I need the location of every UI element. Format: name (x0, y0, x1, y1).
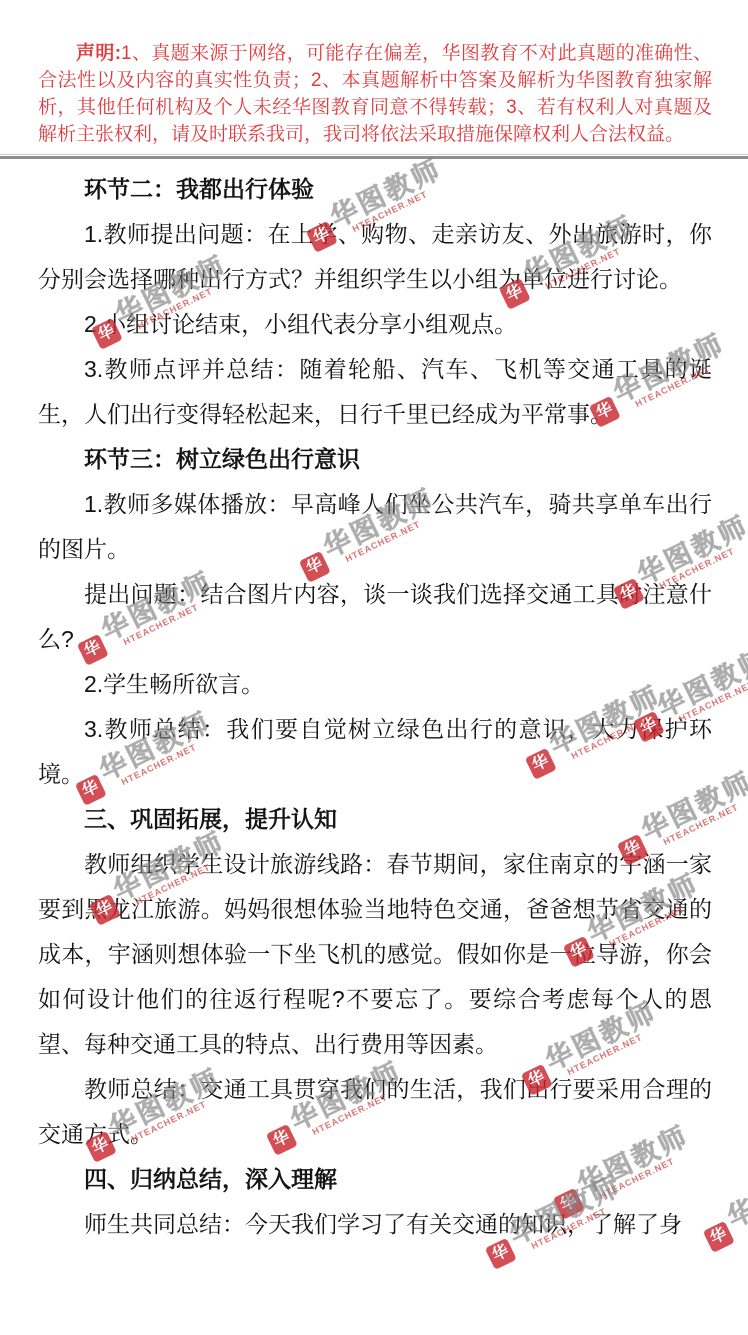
body-paragraph: 1.教师提出问题：在上学、购物、走亲访友、外出旅游时，你分别会选择哪种出行方式？… (38, 212, 712, 302)
section-heading: 三、巩固拓展，提升认知 (38, 797, 712, 842)
body-paragraph: 教师组织学生设计旅游线路：春节期间，家住南京的宇涵一家要到黑龙江旅游。妈妈很想体… (38, 842, 712, 1067)
body-paragraph: 提出问题：结合图片内容，谈一谈我们选择交通工具时注意什么? (38, 572, 712, 662)
section-heading: 环节二：我都出行体验 (38, 167, 712, 212)
body-paragraph: 2.学生畅所欲言。 (38, 662, 712, 707)
body-paragraph: 3.教师点评并总结：随着轮船、汽车、飞机等交通工具的诞生，人们出行变得轻松起来，… (38, 347, 712, 437)
disclaimer: 声明:1、真题来源于网络，可能存在偏差，华图教育不对此真题的准确性、合法性以及内… (0, 0, 748, 148)
body-paragraph: 3.教师总结：我们要自觉树立绿色出行的意识，大力保护环境。 (38, 707, 712, 797)
body-paragraph: 2.小组讨论结束，小组代表分享小组观点。 (38, 302, 712, 347)
body-paragraph: 师生共同总结：今天我们学习了有关交通的知识，了解了身 (38, 1202, 712, 1247)
section-heading: 环节三：树立绿色出行意识 (38, 437, 712, 482)
disclaimer-text: 1、真题来源于网络，可能存在偏差，华图教育不对此真题的准确性、合法性以及内容的真… (38, 43, 712, 145)
body-paragraph: 教师总结：交通工具贯穿我们的生活，我们出行要采用合理的交通方式。 (38, 1067, 712, 1157)
section-heading: 四、归纳总结，深入理解 (38, 1157, 712, 1202)
document-page: 华华图教师HTEACHER.NET华华图教师HTEACHER.NET华华图教师H… (0, 0, 748, 1335)
disclaimer-label: 声明: (76, 43, 121, 64)
body-paragraph: 1.教师多媒体播放：早高峰人们坐公共汽车，骑共享单车出行的图片。 (38, 482, 712, 572)
document-body: 环节二：我都出行体验1.教师提出问题：在上学、购物、走亲访友、外出旅游时，你分别… (0, 159, 748, 1247)
